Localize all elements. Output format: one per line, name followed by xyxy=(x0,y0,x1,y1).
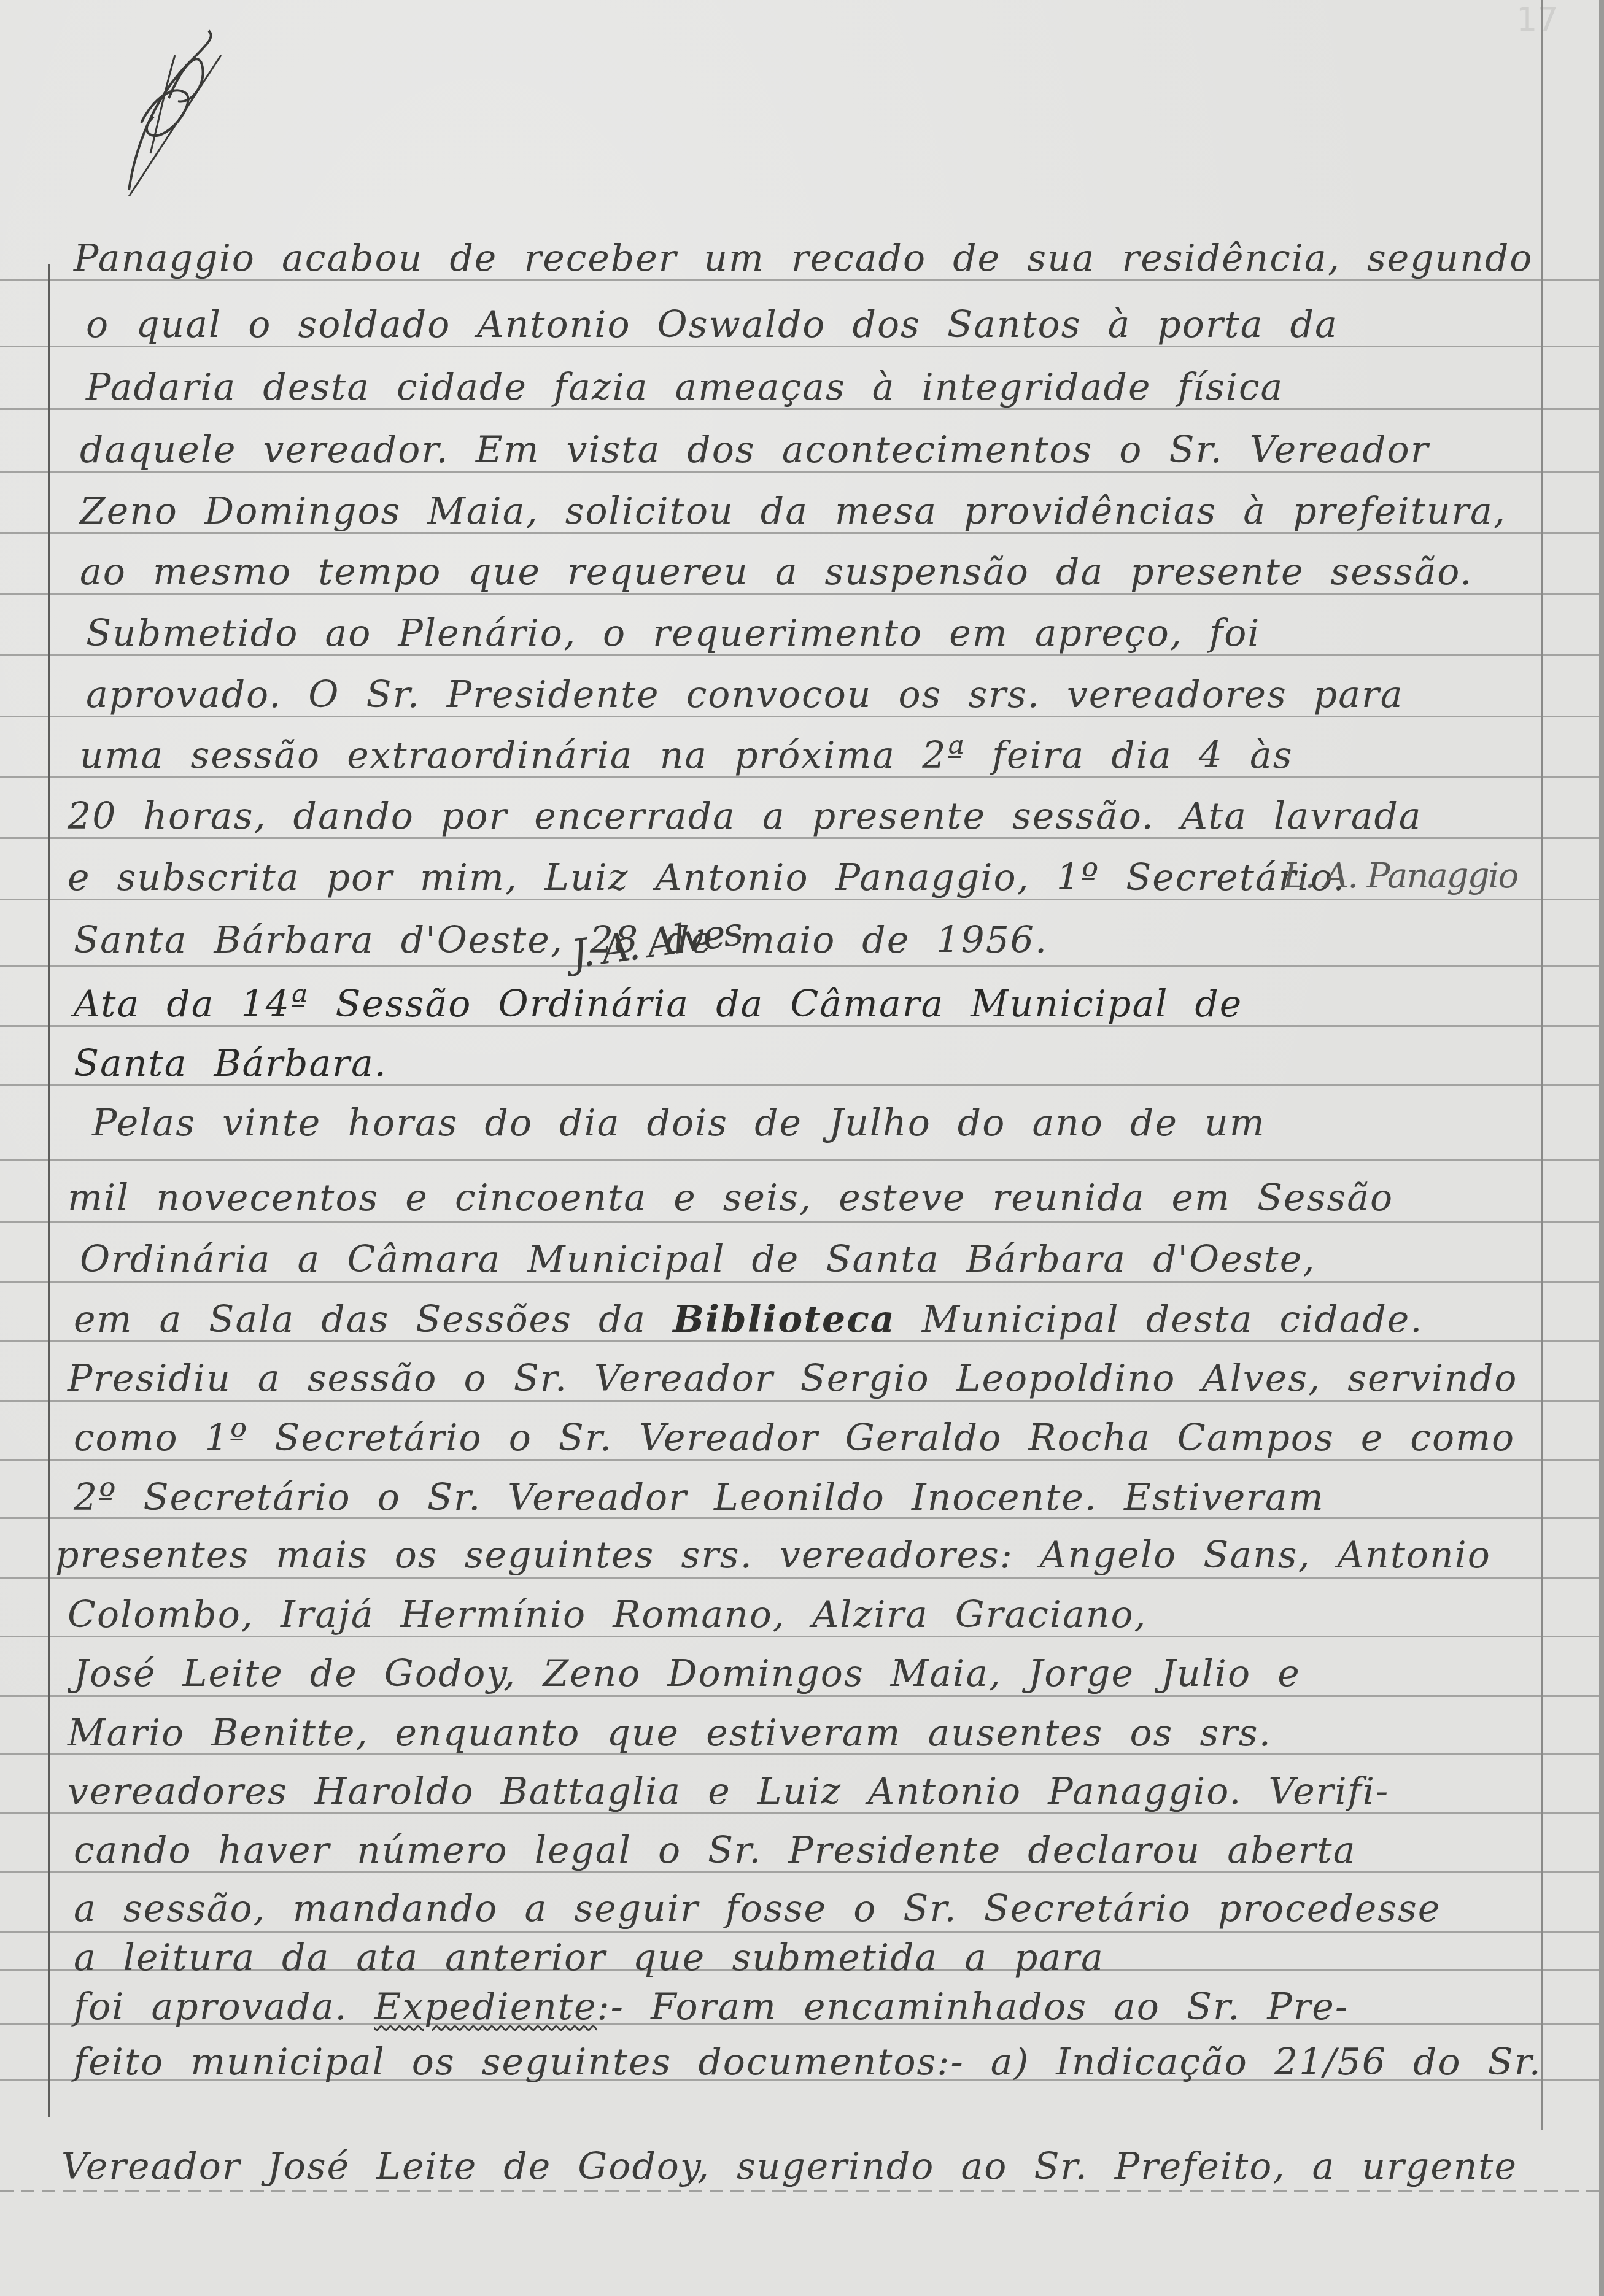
left-margin-line xyxy=(48,264,50,2117)
minutes-text: em a Sala das Sessões da xyxy=(74,1298,673,1341)
minutes-line: vereadores Haroldo Battaglia e Luiz Anto… xyxy=(68,1767,1541,1816)
minutes-line: cando haver número legal o Sr. President… xyxy=(74,1826,1547,1875)
minutes-line: foi aprovada. Expediente:- Foram encamin… xyxy=(74,1982,1547,2031)
page-edge xyxy=(1599,0,1604,2296)
minutes-line: mil novecentos e cincoenta e seis, estev… xyxy=(68,1173,1541,1223)
minutes-line: a leitura da ata anterior que submetida … xyxy=(74,1933,1547,1982)
minutes-line: ao mesmo tempo que requereu a suspensão … xyxy=(80,547,1553,597)
minutes-line: a sessão, mandando a seguir fosse o Sr. … xyxy=(74,1884,1547,1933)
minutes-line: uma sessão extraordinária na próxima 2ª … xyxy=(80,731,1553,780)
minutes-line: aprovado. O Sr. Presidente convocou os s… xyxy=(86,670,1559,719)
minutes-title-line: Ata da 14ª Sessão Ordinária da Câmara Mu… xyxy=(74,980,1547,1029)
minutes-line: Mario Benitte, enquanto que estiveram au… xyxy=(68,1709,1541,1758)
manuscript-page: 17 Panaggio acabou de receber um recado … xyxy=(0,0,1604,2296)
minutes-line: como 1º Secretário o Sr. Vereador Gerald… xyxy=(74,1413,1547,1463)
minutes-line: 20 horas, dando por encerrada a presente… xyxy=(68,792,1541,841)
minutes-text: :- Foram encaminhados ao Sr. Pre- xyxy=(597,1985,1349,2028)
minutes-line: Submetido ao Plenário, o requerimento em… xyxy=(86,609,1559,658)
minutes-line: o qual o soldado Antonio Oswaldo dos San… xyxy=(86,300,1559,349)
minutes-line: em a Sala das Sessões da Biblioteca Muni… xyxy=(74,1295,1547,1344)
overwritten-word: Biblioteca xyxy=(673,1298,895,1341)
ruled-line xyxy=(0,965,1604,967)
minutes-line: Vereador José Leite de Godoy, sugerindo … xyxy=(61,2142,1535,2191)
secretary-signature: L. A. Panaggio xyxy=(1283,856,1517,896)
minutes-line: Zeno Domingos Maia, solicitou da mesa pr… xyxy=(80,487,1553,536)
minutes-line: Presidiu a sessão o Sr. Vereador Sergio … xyxy=(68,1354,1541,1403)
section-heading: Expediente xyxy=(374,1985,597,2028)
minutes-line: José Leite de Godoy, Zeno Domingos Maia,… xyxy=(74,1649,1547,1698)
ruled-line xyxy=(0,1159,1604,1161)
minutes-line: Ordinária a Câmara Municipal de Santa Bá… xyxy=(80,1235,1553,1284)
minutes-line: feito municipal os seguintes documentos:… xyxy=(74,2038,1547,2087)
minutes-text: Municipal desta cidade. xyxy=(896,1298,1424,1341)
minutes-line: presentes mais os seguintes srs. vereado… xyxy=(55,1531,1528,1580)
minutes-line: Padaria desta cidade fazia ameaças à int… xyxy=(86,363,1559,412)
minutes-title-line: Santa Bárbara. xyxy=(74,1039,1547,1088)
initials-signature-icon xyxy=(117,25,227,196)
minutes-text: foi aprovada. xyxy=(74,1985,374,2028)
minutes-line: Panaggio acabou de receber um recado de … xyxy=(74,234,1547,283)
minutes-line: daquele vereador. Em vista dos acontecim… xyxy=(80,425,1553,474)
minutes-line: 2º Secretário o Sr. Vereador Leonildo In… xyxy=(74,1473,1547,1522)
page-number: 17 xyxy=(1516,0,1559,39)
minutes-line: Colombo, Irajá Hermínio Romano, Alzira G… xyxy=(68,1590,1541,1639)
minutes-line: Santa Bárbara d'Oeste, 28 de maio de 195… xyxy=(74,916,1547,965)
minutes-line: Pelas vinte horas do dia dois de Julho d… xyxy=(92,1099,1565,1148)
